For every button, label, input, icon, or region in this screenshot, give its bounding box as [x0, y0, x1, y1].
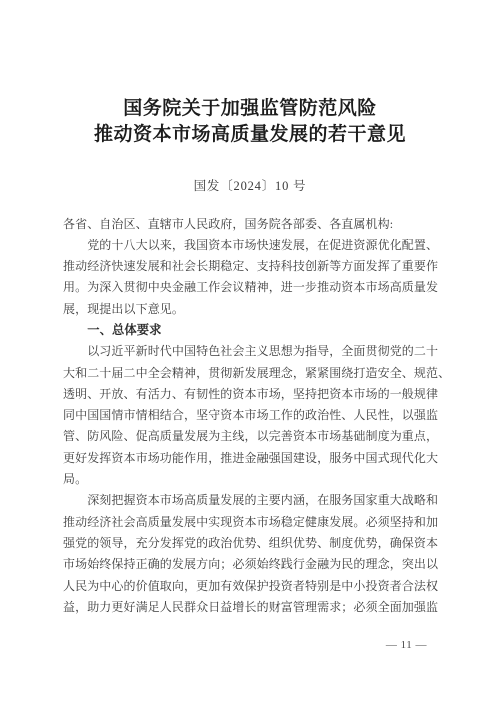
text-line: 各省、自治区、直辖市人民政府，国务院各部委、各直属机构: [63, 214, 443, 235]
text-line: 更好发挥资本市场功能作用，推进金融强国建设，服务中国式现代化大 [63, 448, 443, 469]
text-line: 大和二十届二中全会精神，贯彻新发展理念，紧紧围绕打造安全、规范、 [63, 363, 443, 384]
text-line: 人民为中心的价值取向，更加有效保护投资者特别是中小投资者合法权 [63, 576, 443, 597]
text-line: 展，现提出以下意见。 [63, 299, 443, 320]
section-heading: 一、总体要求 [63, 320, 443, 341]
text-line: 管、防风险、促高质量发展为主线，以完善资本市场基础制度为重点， [63, 426, 443, 447]
document-page: 国务院关于加强监管防范风险 推动资本市场高质量发展的若干意见 国发〔2024〕1… [0, 0, 500, 707]
document-body: 各省、自治区、直辖市人民政府，国务院各部委、各直属机构:党的十八大以来，我国资本… [63, 214, 443, 619]
document-title-line-1: 国务院关于加强监管防范风险 [0, 96, 500, 122]
text-line: 益，助力更好满足人民群众日益增长的财富管理需求；必须全面加强监 [63, 597, 443, 618]
text-line: 同中国国情市情相结合，坚守资本市场工作的政治性、人民性，以强监 [63, 405, 443, 426]
text-line: 深刻把握资本市场高质量发展的主要内涵，在服务国家重大战略和 [63, 490, 443, 511]
text-line: 以习近平新时代中国特色社会主义思想为指导，全面贯彻党的二十 [63, 341, 443, 362]
text-line: 强党的领导，充分发挥党的政治优势、组织优势、制度优势，确保资本 [63, 533, 443, 554]
text-line: 用。为深入贯彻中央金融工作会议精神，进一步推动资本市场高质量发 [63, 277, 443, 298]
document-title-line-2: 推动资本市场高质量发展的若干意见 [0, 122, 500, 148]
text-line: 推动经济社会高质量发展中实现资本市场稳定健康发展。必须坚持和加 [63, 512, 443, 533]
document-title: 国务院关于加强监管防范风险 推动资本市场高质量发展的若干意见 [0, 96, 500, 147]
text-line: 局。 [63, 469, 443, 490]
text-line: 党的十八大以来，我国资本市场快速发展，在促进资源优化配置、 [63, 235, 443, 256]
document-number: 国发〔2024〕10 号 [0, 176, 500, 194]
text-line: 推动经济快速发展和社会长期稳定、支持科技创新等方面发挥了重要作 [63, 256, 443, 277]
text-line: 透明、开放、有活力、有韧性的资本市场，坚持把资本市场的一般规律 [63, 384, 443, 405]
text-line: 市场始终保持正确的发展方向；必须始终践行金融为民的理念，突出以 [63, 554, 443, 575]
page-number: — 11 — [386, 639, 427, 651]
